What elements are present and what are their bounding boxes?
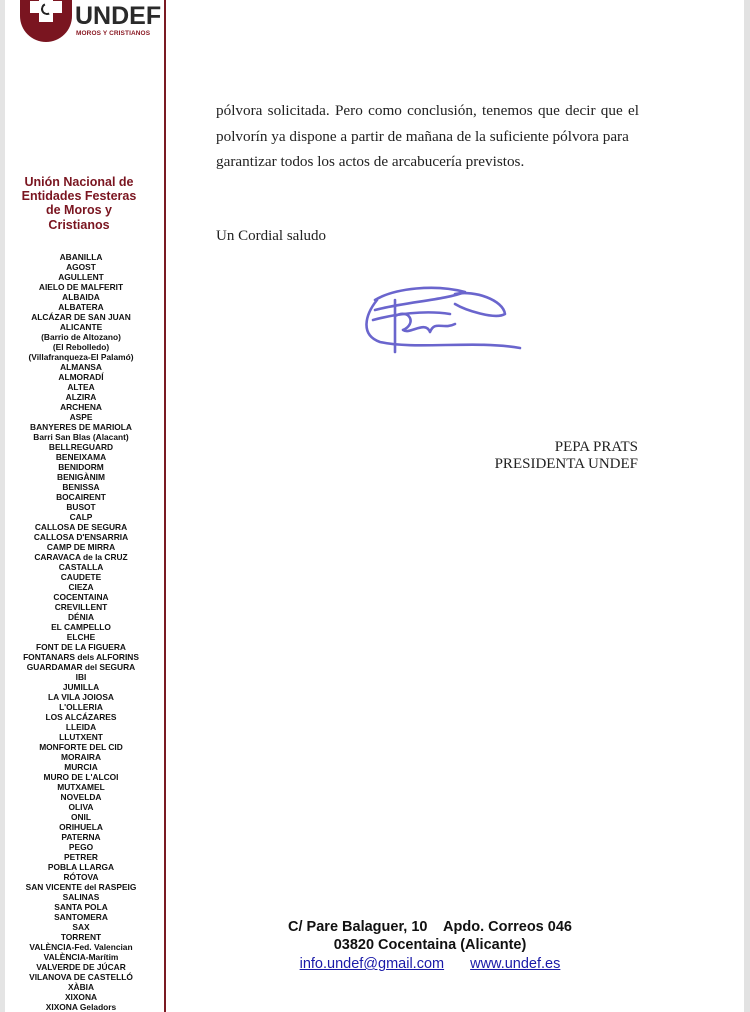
member-list-item: LA VILA JOIOSA	[0, 692, 162, 702]
member-list-item: POBLA LLARGA	[0, 862, 162, 872]
member-list-item: XÀBIA	[0, 982, 162, 992]
member-list-item: GUARDAMAR del SEGURA	[0, 662, 162, 672]
member-list-item: DÉNIA	[0, 612, 162, 622]
member-list-item: SAN VICENTE del RASPEIG	[0, 882, 162, 892]
member-list-item: NOVELDA	[0, 792, 162, 802]
member-list-item: PETRER	[0, 852, 162, 862]
member-list-item: JUMILLA	[0, 682, 162, 692]
member-list-item: MORAIRA	[0, 752, 162, 762]
member-list-item: LOS ALCÁZARES	[0, 712, 162, 722]
member-list-item: CIEZA	[0, 582, 162, 592]
footer-contact: C/ Pare Balaguer, 10 Apdo. Correos 046 0…	[270, 918, 590, 973]
member-list-item: VALÈNCIA-Marítim	[0, 952, 162, 962]
email-link[interactable]: info.undef@gmail.com	[300, 956, 444, 972]
member-list-item: BOCAIRENT	[0, 492, 162, 502]
member-list-item: ALMORADÍ	[0, 372, 162, 382]
letter-paragraph-end: garantizar todos los actos de arcabucerí…	[216, 149, 639, 175]
sidebar-divider	[164, 0, 166, 1012]
member-list-item: XIXONA	[0, 992, 162, 1002]
member-list-item: XIXONA Geladors	[0, 1002, 162, 1012]
member-list-item: ORIHUELA	[0, 822, 162, 832]
footer-city: 03820 Cocentaina (Alicante)	[270, 936, 590, 954]
logo-wordmark: UNDEF	[75, 4, 161, 29]
member-list-item: ALZIRA	[0, 392, 162, 402]
member-list-item: SANTA POLA	[0, 902, 162, 912]
member-list-item: BUSOT	[0, 502, 162, 512]
member-list-item: LLEIDA	[0, 722, 162, 732]
member-list-item: MURO DE L'ALCOI	[0, 772, 162, 782]
member-list-item: ALBAIDA	[0, 292, 162, 302]
signer-title: PRESIDENTA UNDEF	[495, 456, 638, 473]
member-list-item: ALTEA	[0, 382, 162, 392]
footer-address: C/ Pare Balaguer, 10 Apdo. Correos 046	[270, 918, 590, 936]
member-list-item: OLIVA	[0, 802, 162, 812]
member-list-item: EL CAMPELLO	[0, 622, 162, 632]
signer-name: PEPA PRATS	[495, 439, 638, 456]
member-list-item: AGULLENT	[0, 272, 162, 282]
member-list-item: ABANILLA	[0, 252, 162, 262]
member-list-item: CAMP DE MIRRA	[0, 542, 162, 552]
member-list-item: CREVILLENT	[0, 602, 162, 612]
member-list-item: SALINAS	[0, 892, 162, 902]
member-list-item: Barri San Blas (Alacant)	[0, 432, 162, 442]
member-list-item: CALP	[0, 512, 162, 522]
member-list-item: MUTXAMEL	[0, 782, 162, 792]
member-list-item: BANYERES DE MARIOLA	[0, 422, 162, 432]
member-list-item: FONT DE LA FIGUERA	[0, 642, 162, 652]
member-list-item: ALMANSA	[0, 362, 162, 372]
member-list-item: CAUDETE	[0, 572, 162, 582]
member-list-item: AIELO DE MALFERIT	[0, 282, 162, 292]
member-list-item: BELLREGUARD	[0, 442, 162, 452]
member-list-item: CASTALLA	[0, 562, 162, 572]
member-list-item: TORRENT	[0, 932, 162, 942]
member-list-item: BENEIXAMA	[0, 452, 162, 462]
undef-logo: UNDEF MOROS Y CRISTIANOS	[20, 0, 160, 42]
member-list-item: AGOST	[0, 262, 162, 272]
member-list-item: BENIDORM	[0, 462, 162, 472]
member-list-item: (El Rebolledo)	[0, 342, 162, 352]
member-list-item: (Barrio de Altozano)	[0, 332, 162, 342]
member-list-item: FONTANARS dels ALFORINS	[0, 652, 162, 662]
member-list-item: ELCHE	[0, 632, 162, 642]
member-list-item: MONFORTE DEL CID	[0, 742, 162, 752]
member-list-item: ASPE	[0, 412, 162, 422]
member-list-item: PATERNA	[0, 832, 162, 842]
letter-paragraph: pólvora solicitada. Pero como conclusión…	[216, 98, 639, 149]
logo-tagline: MOROS Y CRISTIANOS	[76, 30, 150, 37]
member-list-item: L'OLLERIA	[0, 702, 162, 712]
organization-name: Unión Nacional de Entidades Festeras de …	[20, 175, 138, 232]
member-list-item: CARAVACA de la CRUZ	[0, 552, 162, 562]
member-list-item: PEGO	[0, 842, 162, 852]
member-list-item: VALVERDE DE JÚCAR	[0, 962, 162, 972]
member-list-item: MURCIA	[0, 762, 162, 772]
member-list-item: SANTOMERA	[0, 912, 162, 922]
member-list: ABANILLAAGOSTAGULLENTAIELO DE MALFERITAL…	[0, 252, 162, 1012]
member-list-item: CALLOSA D'ENSARRIA	[0, 532, 162, 542]
member-list-item: (Villafranqueza-El Palamó)	[0, 352, 162, 362]
signer-block: PEPA PRATS PRESIDENTA UNDEF	[495, 439, 638, 473]
member-list-item: RÓTOVA	[0, 872, 162, 882]
member-list-item: LLUTXENT	[0, 732, 162, 742]
letter-body: pólvora solicitada. Pero como conclusión…	[216, 98, 639, 175]
member-list-item: BENIGÀNIM	[0, 472, 162, 482]
member-list-item: VILANOVA DE CASTELLÓ	[0, 972, 162, 982]
website-link[interactable]: www.undef.es	[470, 956, 560, 972]
member-list-item: CALLOSA DE SEGURA	[0, 522, 162, 532]
closing-salutation: Un Cordial saludo	[216, 228, 326, 245]
member-list-item: ALBATERA	[0, 302, 162, 312]
member-list-item: BENISSA	[0, 482, 162, 492]
member-list-item: ALCÁZAR DE SAN JUAN	[0, 312, 162, 322]
shield-cross-icon	[20, 0, 72, 42]
member-list-item: VALÈNCIA-Fed. Valencian	[0, 942, 162, 952]
handwritten-signature	[355, 280, 535, 360]
member-list-item: ALICANTE	[0, 322, 162, 332]
member-list-item: IBI	[0, 672, 162, 682]
page-edge-right	[744, 0, 750, 1012]
member-list-item: SAX	[0, 922, 162, 932]
member-list-item: ARCHENA	[0, 402, 162, 412]
member-list-item: COCENTAINA	[0, 592, 162, 602]
member-list-item: ONIL	[0, 812, 162, 822]
